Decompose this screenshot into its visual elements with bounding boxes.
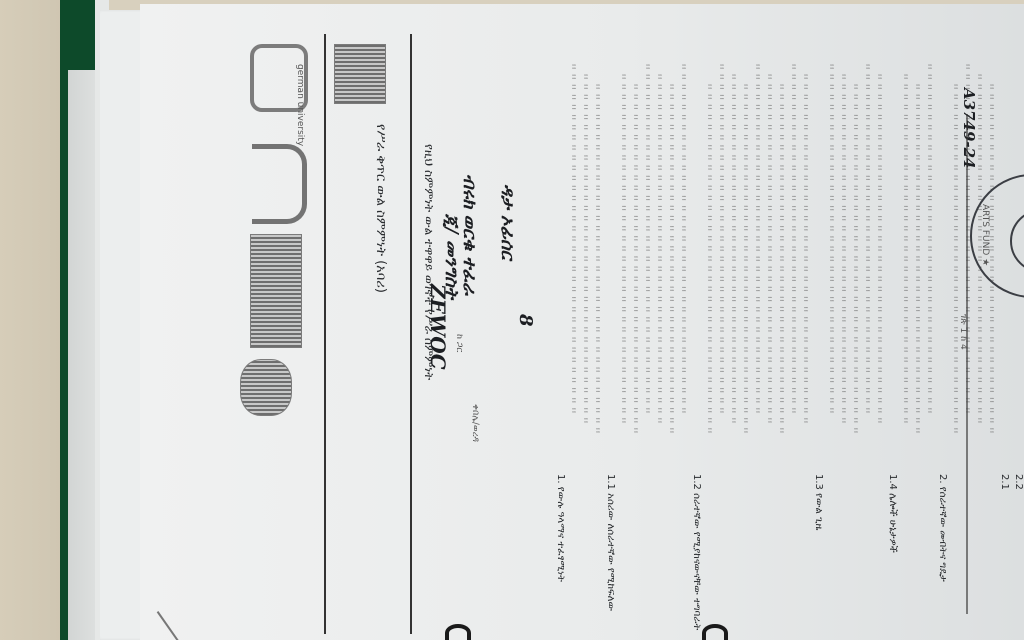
- body-text-line: ፡፡ ፡፡ ፡፡ ፡፡ ፡፡ ፡፡ ፡፡ ፡፡ ፡፡ ፡፡ ፡፡ ፡፡ ፡፡ ፡…: [950, 84, 960, 434]
- body-text-line: ፡፡ ፡፡ ፡፡ ፡፡ ፡፡ ፡፡ ፡፡ ፡፡ ፡፡ ፡፡ ፡፡ ፡፡ ፡፡ ፡…: [874, 74, 884, 424]
- document-title: የሥራ ቅጥር ውል ስምምነት (አባሪ): [373, 124, 388, 293]
- body-text-line: ፡፡ ፡፡ ፡፡ ፡፡ ፡፡ ፡፡ ፡፡ ፡፡ ፡፡ ፡፡ ፡፡ ፡፡ ፡፡ ፡…: [716, 64, 726, 414]
- body-text-line: ፡፡ ፡፡ ፡፡ ፡፡ ፡፡ ፡፡ ፡፡ ፡፡ ፡፡ ፡፡ ፡፡ ፡፡ ፡፡ ፡…: [850, 84, 860, 434]
- field-employee-handwritten: ብሩክ ወርቁ ተፈራ: [459, 174, 480, 295]
- logo-caption: german university: [295, 64, 305, 146]
- section-heading: 1.1 አሰሪው ለሰራተኛው የሚከፍለው: [605, 474, 616, 611]
- field-employer-suffix: ከ ጋር: [454, 334, 464, 352]
- body-text-line: ፡፡ ፡፡ ፡፡ ፡፡ ፡፡ ፡፡ ፡፡ ፡፡ ፡፡ ፡፡ ፡፡ ፡፡ ፡፡ ፡…: [862, 64, 872, 414]
- body-text-line: ፡፡ ፡፡ ፡፡ ፡፡ ፡፡ ፡፡ ፡፡ ፡፡ ፡፡ ፡፡ ፡፡ ፡፡ ፡፡ ፡…: [630, 84, 640, 434]
- body-text-line: ፡፡ ፡፡ ፡፡ ፡፡ ፡፡ ፡፡ ፡፡ ፡፡ ፡፡ ፡፡ ፡፡ ፡፡ ፡፡ ፡…: [592, 84, 602, 434]
- body-text-line: ፡፡ ፡፡ ፡፡ ፡፡ ፡፡ ፡፡ ፡፡ ፡፡ ፡፡ ፡፡ ፡፡ ፡፡ ፡፡ ፡…: [788, 64, 798, 414]
- crest-logo: [334, 44, 386, 104]
- document-page: german university የሥራ ቅጥር ውል ስምምነት (አባሪ)…: [140, 4, 1024, 640]
- section-heading: 2. የሰራተኛው መብትና ግዴታ: [937, 474, 948, 582]
- body-text-line: ፡፡ ፡፡ ፡፡ ፡፡ ፡፡ ፡፡ ፡፡ ፡፡ ፡፡ ፡፡ ፡፡ ፡፡ ፡፡ ፡…: [764, 74, 774, 424]
- body-text-line: ፡፡ ፡፡ ፡፡ ፡፡ ፡፡ ፡፡ ፡፡ ፡፡ ፡፡ ፡፡ ፡፡ ፡፡ ፡፡ ፡…: [800, 74, 810, 424]
- stamp-text: ARTS FUND ★: [980, 204, 990, 266]
- body-text-line: ፡፡ ፡፡ ፡፡ ፡፡ ፡፡ ፡፡ ፡፡ ፡፡ ፡፡ ፡፡ ፡፡ ፡፡ ፡፡ ፡…: [678, 64, 688, 414]
- section-heading: 1.3 የውል ጊዜ: [813, 474, 824, 530]
- handwritten-reference: A3749-24: [960, 88, 978, 169]
- section-heading: 2.1: [999, 474, 1010, 490]
- body-text-line: ፡፡ ፡፡ ፡፡ ፡፡ ፡፡ ፡፡ ፡፡ ፡፡ ፡፡ ፡፡ ፡፡ ፡፡ ፡፡ ፡…: [666, 84, 676, 434]
- body-text-line: ፡፡ ፡፡ ፡፡ ፡፡ ፡፡ ፡፡ ፡፡ ፡፡ ፡፡ ፡፡ ፡፡ ፡፡ ፡፡ ፡…: [924, 64, 934, 414]
- body-text-line: ፡፡ ፡፡ ፡፡ ፡፡ ፡፡ ፡፡ ፡፡ ፡፡ ፡፡ ፡፡ ፡፡ ፡፡ ፡፡ ፡…: [900, 74, 910, 424]
- body-text-line: ፡፡ ፡፡ ፡፡ ፡፡ ፡፡ ፡፡ ፡፡ ፡፡ ፡፡ ፡፡ ፡፡ ፡፡ ፡፡ ፡…: [568, 64, 578, 414]
- body-text-line: ፡፡ ፡፡ ፡፡ ፡፡ ፡፡ ፡፡ ፡፡ ፡፡ ፡፡ ፡፡ ፡፡ ፡፡ ፡፡ ፡…: [740, 84, 750, 434]
- desk-surface: [0, 0, 62, 640]
- section-heading: 1.2 ሰራተኛው የሚያከናውናቸው ተግባራት: [691, 474, 702, 630]
- section-heading: 2.2: [1013, 474, 1024, 490]
- header-divider: [324, 34, 326, 634]
- body-text-line: ፡፡ ፡፡ ፡፡ ፡፡ ፡፡ ፡፡ ፡፡ ፡፡ ፡፡ ፡፡ ፡፡ ፡፡ ፡፡ ፡…: [728, 74, 738, 424]
- section-heading: 1.4 ሌሎች ሁኔታዎች: [887, 474, 898, 553]
- body-text-line: ፡፡ ፡፡ ፡፡ ፡፡ ፡፡ ፡፡ ፡፡ ፡፡ ፡፡ ፡፡ ፡፡ ፡፡ ፡፡ ፡…: [752, 64, 762, 414]
- seal-logo: [250, 234, 302, 348]
- kiw-logo-icon: [252, 144, 307, 224]
- page-number: ገጽ 1 ከ 4: [958, 314, 968, 350]
- body-text-line: ፡፡ ፡፡ ፡፡ ፡፡ ፡፡ ፡፡ ፡፡ ፡፡ ፡፡ ፡፡ ፡፡ ፡፡ ፡፡ ፡…: [704, 84, 714, 434]
- field-location-suffix: ቀበሌ/ወረዳ: [470, 404, 480, 442]
- body-text-line: ፡፡ ፡፡ ፡፡ ፡፡ ፡፡ ፡፡ ፡፡ ፡፡ ፡፡ ፡፡ ፡፡ ፡፡ ፡፡ ፡…: [618, 74, 628, 424]
- body-text-line: ፡፡ ፡፡ ፡፡ ፡፡ ፡፡ ፡፡ ፡፡ ፡፡ ፡፡ ፡፡ ፡፡ ፡፡ ፡፡ ፡…: [654, 74, 664, 424]
- body-text-line: ፡፡ ፡፡ ፡፡ ፡፡ ፡፡ ፡፡ ፡፡ ፡፡ ፡፡ ፡፡ ፡፡ ፡፡ ፡፡ ፡…: [776, 84, 786, 434]
- body-text-line: ፡፡ ፡፡ ፡፡ ፡፡ ፡፡ ፡፡ ፡፡ ፡፡ ፡፡ ፡፡ ፡፡ ፡፡ ፡፡ ፡…: [642, 64, 652, 414]
- section-heading: 1. የውሉ ዓላማና ተፈፃሚነት: [555, 474, 566, 582]
- body-text-line: ፡፡ ፡፡ ፡፡ ፡፡ ፡፡ ፡፡ ፡፡ ፡፡ ፡፡ ፡፡ ፡፡ ፡፡ ፡፡ ፡…: [912, 84, 922, 434]
- field-position-handwritten: ዳታ ኦፊሰር: [497, 184, 518, 259]
- body-text-line: ፡፡ ፡፡ ፡፡ ፡፡ ፡፡ ፡፡ ፡፡ ፡፡ ፡፡ ፡፡ ፡፡ ፡፡ ፡፡ ፡…: [580, 74, 590, 424]
- title-divider: [410, 34, 412, 634]
- binder-ring-left: [445, 624, 471, 640]
- field-salary-handwritten: 8: [515, 314, 536, 327]
- signature-line: [966, 114, 968, 614]
- field-employer-name-handwritten: ZEWOC: [426, 284, 450, 370]
- emblem-logo: [240, 359, 292, 416]
- body-text-line: ፡፡ ፡፡ ፡፡ ፡፡ ፡፡ ፡፡ ፡፡ ፡፡ ፡፡ ፡፡ ፡፡ ፡፡ ፡፡ ፡…: [826, 64, 836, 414]
- binder-ring-right: [702, 624, 728, 640]
- body-text-line: ፡፡ ፡፡ ፡፡ ፡፡ ፡፡ ፡፡ ፡፡ ፡፡ ፡፡ ፡፡ ፡፡ ፡፡ ፡፡ ፡…: [838, 74, 848, 424]
